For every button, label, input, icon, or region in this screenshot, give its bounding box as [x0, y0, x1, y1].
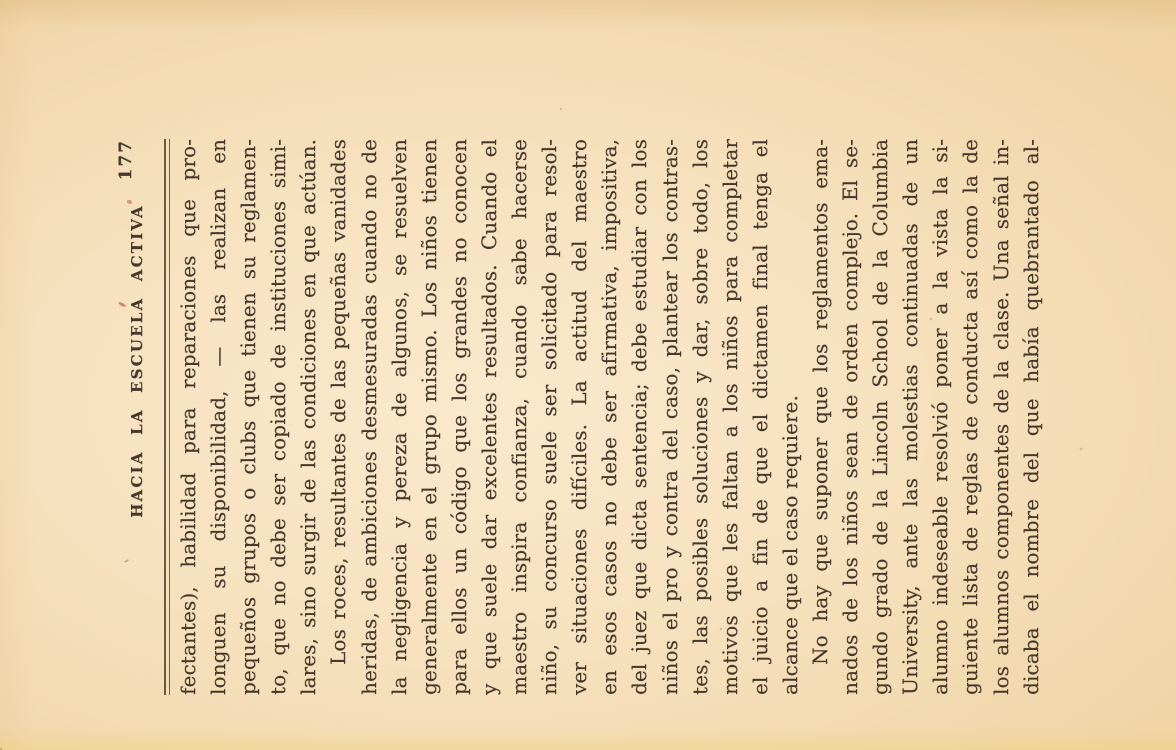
text-line: gundo grado de la Lincoln School de la C… — [865, 139, 895, 695]
page-body: fectantes), habilidad para reparaciones … — [173, 139, 1046, 695]
paragraph: No hay que suponer que los reglamentos e… — [805, 139, 1046, 695]
text-line: en esos casos no debe ser afirmativa, im… — [594, 139, 624, 695]
text-line: generalmente en el grupo mismo. Los niño… — [414, 139, 444, 695]
text-line: la negligencia y pereza de algunos, se r… — [384, 139, 414, 695]
text-line: nados de los niños sean de orden complej… — [835, 139, 865, 695]
header-double-rule — [164, 139, 170, 695]
text-line: longuen su disponibilidad, — las realiza… — [203, 139, 233, 695]
text-line: tes, las posibles soluciones y dar, sobr… — [685, 139, 715, 695]
page-sheet: HACIA LA ESCUELA ACTIVA 177 fectantes), … — [0, 0, 1176, 750]
text-line: los alumnos componentes de la clase. Una… — [986, 139, 1016, 695]
text-line: lares, sino surgir de las condiciones en… — [293, 139, 323, 695]
running-head-title: HACIA LA ESCUELA ACTIVA — [112, 139, 146, 695]
text-line: y que suele dar excelentes resultados. C… — [474, 139, 504, 695]
paragraph: Los roces, resultantes de las pequeñas v… — [323, 139, 805, 695]
text-line: del juez que dicta sentencia; debe estud… — [624, 139, 654, 695]
text-line: University, ante las molestias continuad… — [895, 139, 925, 695]
text-line: maestro inspira confianza, cuando sabe h… — [504, 139, 534, 695]
text-line: heridas, de ambiciones desmesuradas cuan… — [354, 139, 384, 695]
text-line: guiente lista de reglas de conducta así … — [955, 139, 985, 695]
text-line: para ellos un código que los grandes no … — [444, 139, 474, 695]
text-line: alumno indeseable resolvió poner a la vi… — [925, 139, 955, 695]
scan-canvas: HACIA LA ESCUELA ACTIVA 177 fectantes), … — [0, 0, 1176, 750]
text-line: dicaba el nombre del que había quebranta… — [1016, 139, 1046, 695]
paragraph: fectantes), habilidad para reparaciones … — [173, 139, 323, 695]
page-header: HACIA LA ESCUELA ACTIVA 177 — [112, 139, 156, 695]
text-block: HACIA LA ESCUELA ACTIVA 177 fectantes), … — [112, 139, 1046, 695]
text-line: niño, su concurso suele ser solicitado p… — [534, 139, 564, 695]
text-line: el juicio a fin de que el dictamen final… — [745, 139, 775, 695]
text-line: fectantes), habilidad para reparaciones … — [173, 139, 203, 695]
text-line: ver situaciones difíciles. La actitud de… — [564, 139, 594, 695]
text-line: to, que no debe ser copiado de instituci… — [263, 139, 293, 695]
text-line: pequeños grupos o clubs que tienen su re… — [233, 139, 263, 695]
text-line: alcance que el caso requiere. — [775, 139, 805, 695]
text-line: No hay que suponer que los reglamentos e… — [805, 139, 835, 695]
page-number: 177 — [116, 139, 136, 181]
text-line: motivos que les faltan a los niños para … — [715, 139, 745, 695]
text-line: Los roces, resultantes de las pequeñas v… — [323, 139, 353, 695]
text-line: niños el pro y contra del caso, plantear… — [655, 139, 685, 695]
